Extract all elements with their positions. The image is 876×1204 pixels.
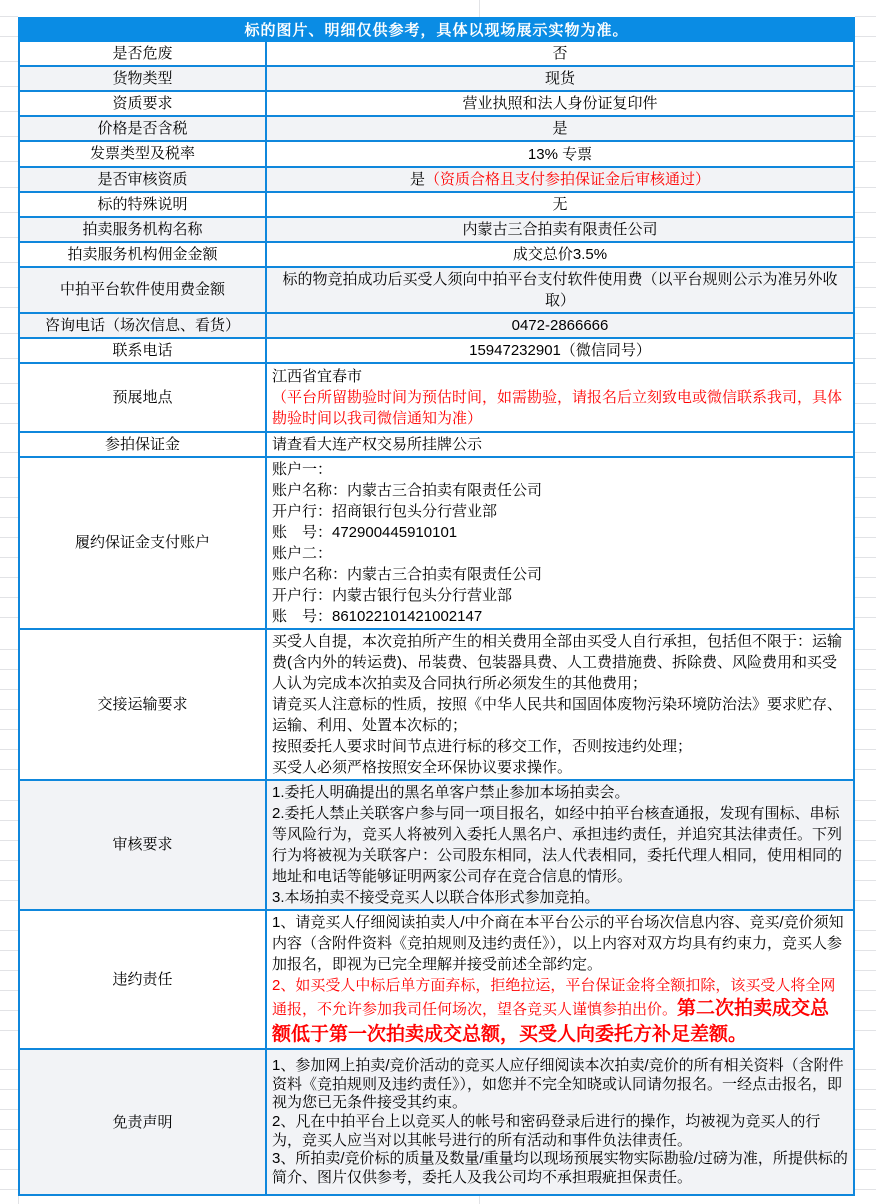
left-gutter — [0, 142, 18, 168]
left-gutter — [0, 268, 18, 314]
table-row: 履约保证金支付账户账户一：账户名称：内蒙古三合拍卖有限责任公司开户行：招商银行包… — [0, 458, 876, 630]
table-row: 拍卖服务机构名称内蒙古三合拍卖有限责任公司 — [0, 218, 876, 243]
row-label: 价格是否含税 — [18, 117, 267, 142]
spreadsheet: 标的图片、明细仅供参考，具体以现场展示实物为准。 是否危废否货物类型现货资质要求… — [0, 0, 876, 1204]
row-label: 违约责任 — [18, 911, 267, 1050]
value-line: 账户二： — [272, 543, 848, 564]
value-line: 0472-2866666 — [272, 315, 848, 336]
value-line: 是（资质合格且支付参拍保证金后审核通过） — [272, 169, 848, 190]
value-text: 2.委托人禁止关联客户参与同一项目报名，如经中拍平台核查通报，发现有围标、串标等… — [272, 805, 842, 885]
table-row: 审核要求1.委托人明确提出的黑名单客户禁止参加本场拍卖会。2.委托人禁止关联客户… — [0, 781, 876, 911]
column-gridline — [18, 1196, 19, 1204]
left-gutter — [0, 67, 18, 92]
value-line: 现货 — [272, 68, 848, 89]
value-text: 开户行：招商银行包头分行营业部 — [272, 503, 497, 520]
value-line: 2、凡在中拍平台上以竞买人的帐号和密码登录后进行的操作，均被视为竞买人的行为，竞… — [272, 1113, 848, 1150]
value-line: 开户行：招商银行包头分行营业部 — [272, 501, 848, 522]
value-line: 无 — [272, 194, 848, 215]
value-line: 否 — [272, 43, 848, 64]
value-line: 成交总价3.5% — [272, 244, 848, 265]
row-label: 发票类型及税率 — [18, 142, 267, 168]
right-gutter — [855, 781, 876, 911]
right-gutter — [855, 168, 876, 193]
value-line: 请竞买人注意标的性质，按照《中华人民共和国固体废物污染环境防治法》要求贮存、运输… — [272, 694, 848, 736]
table-row: 价格是否含税是 — [0, 117, 876, 142]
row-value: 0472-2866666 — [267, 314, 855, 339]
value-text: 成交总价3.5% — [513, 246, 607, 263]
column-gridline — [479, 0, 480, 17]
value-text: 开户行：内蒙古银行包头分行营业部 — [272, 587, 512, 604]
left-gutter — [0, 193, 18, 218]
value-line: 请查看大连产权交易所挂牌公示 — [272, 434, 848, 455]
value-text: 营业执照和法人身份证复印件 — [462, 95, 657, 112]
table-row: 违约责任1、请竞买人仔细阅读拍卖人/中介商在本平台公示的平台场次信息内容、竞买/… — [0, 911, 876, 1050]
row-label: 参拍保证金 — [18, 433, 267, 458]
right-gutter — [855, 117, 876, 142]
value-line: 营业执照和法人身份证复印件 — [272, 93, 848, 114]
table-row: 交接运输要求买受人自提，本次竞拍所产生的相关费用全部由买受人自行承担，包括但不限… — [0, 630, 876, 781]
row-label: 免责声明 — [18, 1050, 267, 1196]
value-text: 按照委托人要求时间节点进行标的移交工作，否则按违约处理； — [272, 738, 692, 755]
row-value: 江西省宜春市（平台所留勘验时间为预估时间，如需勘验，请报名后立刻致电或微信联系我… — [267, 364, 855, 433]
value-text: 请查看大连产权交易所挂牌公示 — [272, 436, 482, 453]
value-text: 是 — [410, 171, 425, 188]
value-text: 是 — [552, 120, 567, 137]
row-label: 标的特殊说明 — [18, 193, 267, 218]
value-text: 2、凡在中拍平台上以竞买人的帐号和密码登录后进行的操作，均被视为竞买人的行为，竞… — [272, 1113, 820, 1149]
table-title: 标的图片、明细仅供参考，具体以现场展示实物为准。 — [18, 17, 855, 42]
value-text: 账 号：861022101421002147 — [272, 608, 482, 625]
value-text-red: （资质合格且支付参拍保证金后审核通过） — [425, 171, 710, 188]
left-gutter — [0, 168, 18, 193]
table-row: 是否审核资质是（资质合格且支付参拍保证金后审核通过） — [0, 168, 876, 193]
row-value: 1、参加网上拍卖/竞价活动的竞买人应仔细阅读本次拍卖/竞价的所有相关资料（含附件… — [267, 1050, 855, 1196]
value-line: 账户名称：内蒙古三合拍卖有限责任公司 — [272, 480, 848, 501]
left-gutter — [0, 314, 18, 339]
value-line: 江西省宜春市 — [272, 366, 848, 387]
value-text: 账户二： — [272, 545, 332, 562]
value-line: （平台所留勘验时间为预估时间，如需勘验，请报名后立刻致电或微信联系我司，具体勘验… — [272, 387, 848, 429]
value-line: 开户行：内蒙古银行包头分行营业部 — [272, 585, 848, 606]
table-row: 参拍保证金请查看大连产权交易所挂牌公示 — [0, 433, 876, 458]
row-label: 审核要求 — [18, 781, 267, 911]
left-gutter — [0, 42, 18, 67]
row-value: 否 — [267, 42, 855, 67]
value-line: 3、所拍卖/竞价标的质量及数量/重量均以现场预展实物实际勘验/过磅为准，所提供标… — [272, 1150, 848, 1187]
right-gutter — [855, 243, 876, 268]
value-text: 1、参加网上拍卖/竞价活动的竞买人应仔细阅读本次拍卖/竞价的所有相关资料（含附件… — [272, 1057, 844, 1111]
value-text: 账户一： — [272, 461, 332, 478]
right-gutter — [855, 67, 876, 92]
value-text: 3、所拍卖/竞价标的质量及数量/重量均以现场预展实物实际勘验/过磅为准，所提供标… — [272, 1150, 848, 1186]
row-label: 货物类型 — [18, 67, 267, 92]
right-gutter — [855, 218, 876, 243]
row-label: 拍卖服务机构佣金金额 — [18, 243, 267, 268]
row-label: 是否危废 — [18, 42, 267, 67]
row-label: 中拍平台软件使用费金额 — [18, 268, 267, 314]
row-value: 标的物竞拍成功后买受人须向中拍平台支付软件使用费（以平台规则公示为准另外收取） — [267, 268, 855, 314]
value-line: 1、参加网上拍卖/竞价活动的竞买人应仔细阅读本次拍卖/竞价的所有相关资料（含附件… — [272, 1057, 848, 1113]
table-row: 是否危废否 — [0, 42, 876, 67]
table-row: 拍卖服务机构佣金金额成交总价3.5% — [0, 243, 876, 268]
value-text: 13% 专票 — [528, 146, 592, 163]
row-label: 资质要求 — [18, 92, 267, 117]
row-label: 履约保证金支付账户 — [18, 458, 267, 630]
value-line: 内蒙古三合拍卖有限责任公司 — [272, 219, 848, 240]
value-text: 1、请竞买人仔细阅读拍卖人/中介商在本平台公示的平台场次信息内容、竞买/竞价须知… — [272, 914, 844, 973]
value-line: 1.委托人明确提出的黑名单客户禁止参加本场拍卖会。 — [272, 782, 848, 803]
left-gutter — [0, 781, 18, 911]
right-gutter — [855, 630, 876, 781]
value-text: 内蒙古三合拍卖有限责任公司 — [462, 221, 657, 238]
left-gutter — [0, 458, 18, 630]
right-gutter — [855, 92, 876, 117]
row-label: 咨询电话（场次信息、看货） — [18, 314, 267, 339]
value-text: 账户名称：内蒙古三合拍卖有限责任公司 — [272, 482, 542, 499]
value-line: 账户一： — [272, 459, 848, 480]
row-value: 营业执照和法人身份证复印件 — [267, 92, 855, 117]
value-line: 15947232901（微信同号） — [272, 340, 848, 361]
table-row: 免责声明1、参加网上拍卖/竞价活动的竞买人应仔细阅读本次拍卖/竞价的所有相关资料… — [0, 1050, 876, 1196]
table-row: 标的特殊说明无 — [0, 193, 876, 218]
value-line: 2、如买受人中标后单方面弃标，拒绝拉运，平台保证金将全额扣除，该买受人将全网通报… — [272, 975, 848, 1047]
table-row: 咨询电话（场次信息、看货）0472-2866666 — [0, 314, 876, 339]
row-label: 联系电话 — [18, 339, 267, 364]
value-text: 现货 — [545, 70, 575, 87]
value-text-red: （平台所留勘验时间为预估时间，如需勘验，请报名后立刻致电或微信联系我司，具体勘验… — [272, 389, 842, 427]
row-value: 1、请竞买人仔细阅读拍卖人/中介商在本平台公示的平台场次信息内容、竞买/竞价须知… — [267, 911, 855, 1050]
table-row: 发票类型及税率13% 专票 — [0, 142, 876, 168]
value-text: 标的物竞拍成功后买受人须向中拍平台支付软件使用费（以平台规则公示为准另外收取） — [282, 271, 837, 309]
value-text: 请竞买人注意标的性质，按照《中华人民共和国固体废物污染环境防治法》要求贮存、运输… — [272, 696, 842, 734]
left-gutter — [0, 911, 18, 1050]
value-text: 账 号：472900445910101 — [272, 524, 457, 541]
right-gutter — [855, 0, 876, 17]
value-line: 账 号：472900445910101 — [272, 522, 848, 543]
left-gutter — [0, 17, 18, 42]
table-row: 货物类型现货 — [0, 67, 876, 92]
left-gutter — [0, 0, 18, 17]
value-text: 江西省宜春市 — [272, 368, 362, 385]
right-gutter — [855, 42, 876, 67]
bottom-strip — [0, 1196, 876, 1204]
value-text: 无 — [552, 196, 567, 213]
left-gutter — [0, 433, 18, 458]
row-value: 无 — [267, 193, 855, 218]
top-spacer-row — [0, 0, 876, 17]
value-line: 买受人自提，本次竞拍所产生的相关费用全部由买受人自行承担，包括但不限于：运输费(… — [272, 631, 848, 694]
left-gutter — [0, 92, 18, 117]
table-row: 资质要求营业执照和法人身份证复印件 — [0, 92, 876, 117]
row-value: 15947232901（微信同号） — [267, 339, 855, 364]
value-text: 15947232901（微信同号） — [469, 342, 651, 359]
value-line: 13% 专票 — [272, 144, 848, 165]
row-value: 现货 — [267, 67, 855, 92]
value-text: 3.本场拍卖不接受竞买人以联合体形式参加竞拍。 — [272, 889, 600, 906]
right-gutter — [855, 17, 876, 42]
right-gutter — [855, 142, 876, 168]
row-label: 拍卖服务机构名称 — [18, 218, 267, 243]
value-text: 否 — [552, 45, 567, 62]
right-gutter — [855, 268, 876, 314]
row-label: 交接运输要求 — [18, 630, 267, 781]
table-header-row: 标的图片、明细仅供参考，具体以现场展示实物为准。 — [0, 17, 876, 42]
value-text: 1.委托人明确提出的黑名单客户禁止参加本场拍卖会。 — [272, 784, 630, 801]
right-gutter — [855, 339, 876, 364]
value-text: 0472-2866666 — [512, 317, 609, 334]
value-text: 买受人自提，本次竞拍所产生的相关费用全部由买受人自行承担，包括但不限于：运输费(… — [272, 633, 842, 692]
row-value: 成交总价3.5% — [267, 243, 855, 268]
row-value: 是（资质合格且支付参拍保证金后审核通过） — [267, 168, 855, 193]
row-label: 是否审核资质 — [18, 168, 267, 193]
right-gutter — [855, 193, 876, 218]
row-value: 内蒙古三合拍卖有限责任公司 — [267, 218, 855, 243]
row-value: 是 — [267, 117, 855, 142]
auction-info-table: 是否危废否货物类型现货资质要求营业执照和法人身份证复印件价格是否含税是发票类型及… — [0, 42, 876, 1196]
value-line: 账户名称：内蒙古三合拍卖有限责任公司 — [272, 564, 848, 585]
row-value: 请查看大连产权交易所挂牌公示 — [267, 433, 855, 458]
value-line: 1、请竞买人仔细阅读拍卖人/中介商在本平台公示的平台场次信息内容、竞买/竞价须知… — [272, 912, 848, 975]
table-row: 预展地点江西省宜春市（平台所留勘验时间为预估时间，如需勘验，请报名后立刻致电或微… — [0, 364, 876, 433]
right-gutter — [855, 433, 876, 458]
right-gutter — [855, 458, 876, 630]
row-value: 账户一：账户名称：内蒙古三合拍卖有限责任公司开户行：招商银行包头分行营业部账 号… — [267, 458, 855, 630]
value-line: 账 号：861022101421002147 — [272, 606, 848, 627]
right-gutter — [855, 314, 876, 339]
left-gutter — [0, 364, 18, 433]
row-value: 买受人自提，本次竞拍所产生的相关费用全部由买受人自行承担，包括但不限于：运输费(… — [267, 630, 855, 781]
left-gutter — [0, 243, 18, 268]
value-line: 标的物竞拍成功后买受人须向中拍平台支付软件使用费（以平台规则公示为准另外收取） — [272, 269, 848, 311]
right-gutter — [855, 911, 876, 1050]
left-gutter — [0, 339, 18, 364]
left-gutter — [0, 1050, 18, 1196]
left-gutter — [0, 218, 18, 243]
value-line: 是 — [272, 118, 848, 139]
table-row: 联系电话15947232901（微信同号） — [0, 339, 876, 364]
left-gutter — [0, 117, 18, 142]
value-text: 账户名称：内蒙古三合拍卖有限责任公司 — [272, 566, 542, 583]
value-line: 3.本场拍卖不接受竞买人以联合体形式参加竞拍。 — [272, 887, 848, 908]
top-spacer-cells — [18, 0, 855, 17]
column-gridline — [479, 1196, 480, 1204]
right-gutter — [855, 364, 876, 433]
row-value: 1.委托人明确提出的黑名单客户禁止参加本场拍卖会。2.委托人禁止关联客户参与同一… — [267, 781, 855, 911]
table-row: 中拍平台软件使用费金额标的物竞拍成功后买受人须向中拍平台支付软件使用费（以平台规… — [0, 268, 876, 314]
value-line: 2.委托人禁止关联客户参与同一项目报名，如经中拍平台核查通报，发现有围标、串标等… — [272, 803, 848, 887]
row-label: 预展地点 — [18, 364, 267, 433]
right-gutter — [855, 1050, 876, 1196]
left-gutter — [0, 630, 18, 781]
row-value: 13% 专票 — [267, 142, 855, 168]
value-text: 买受人必须严格按照安全环保协议要求操作。 — [272, 759, 572, 776]
value-line: 买受人必须严格按照安全环保协议要求操作。 — [272, 757, 848, 778]
value-line: 按照委托人要求时间节点进行标的移交工作，否则按违约处理； — [272, 736, 848, 757]
